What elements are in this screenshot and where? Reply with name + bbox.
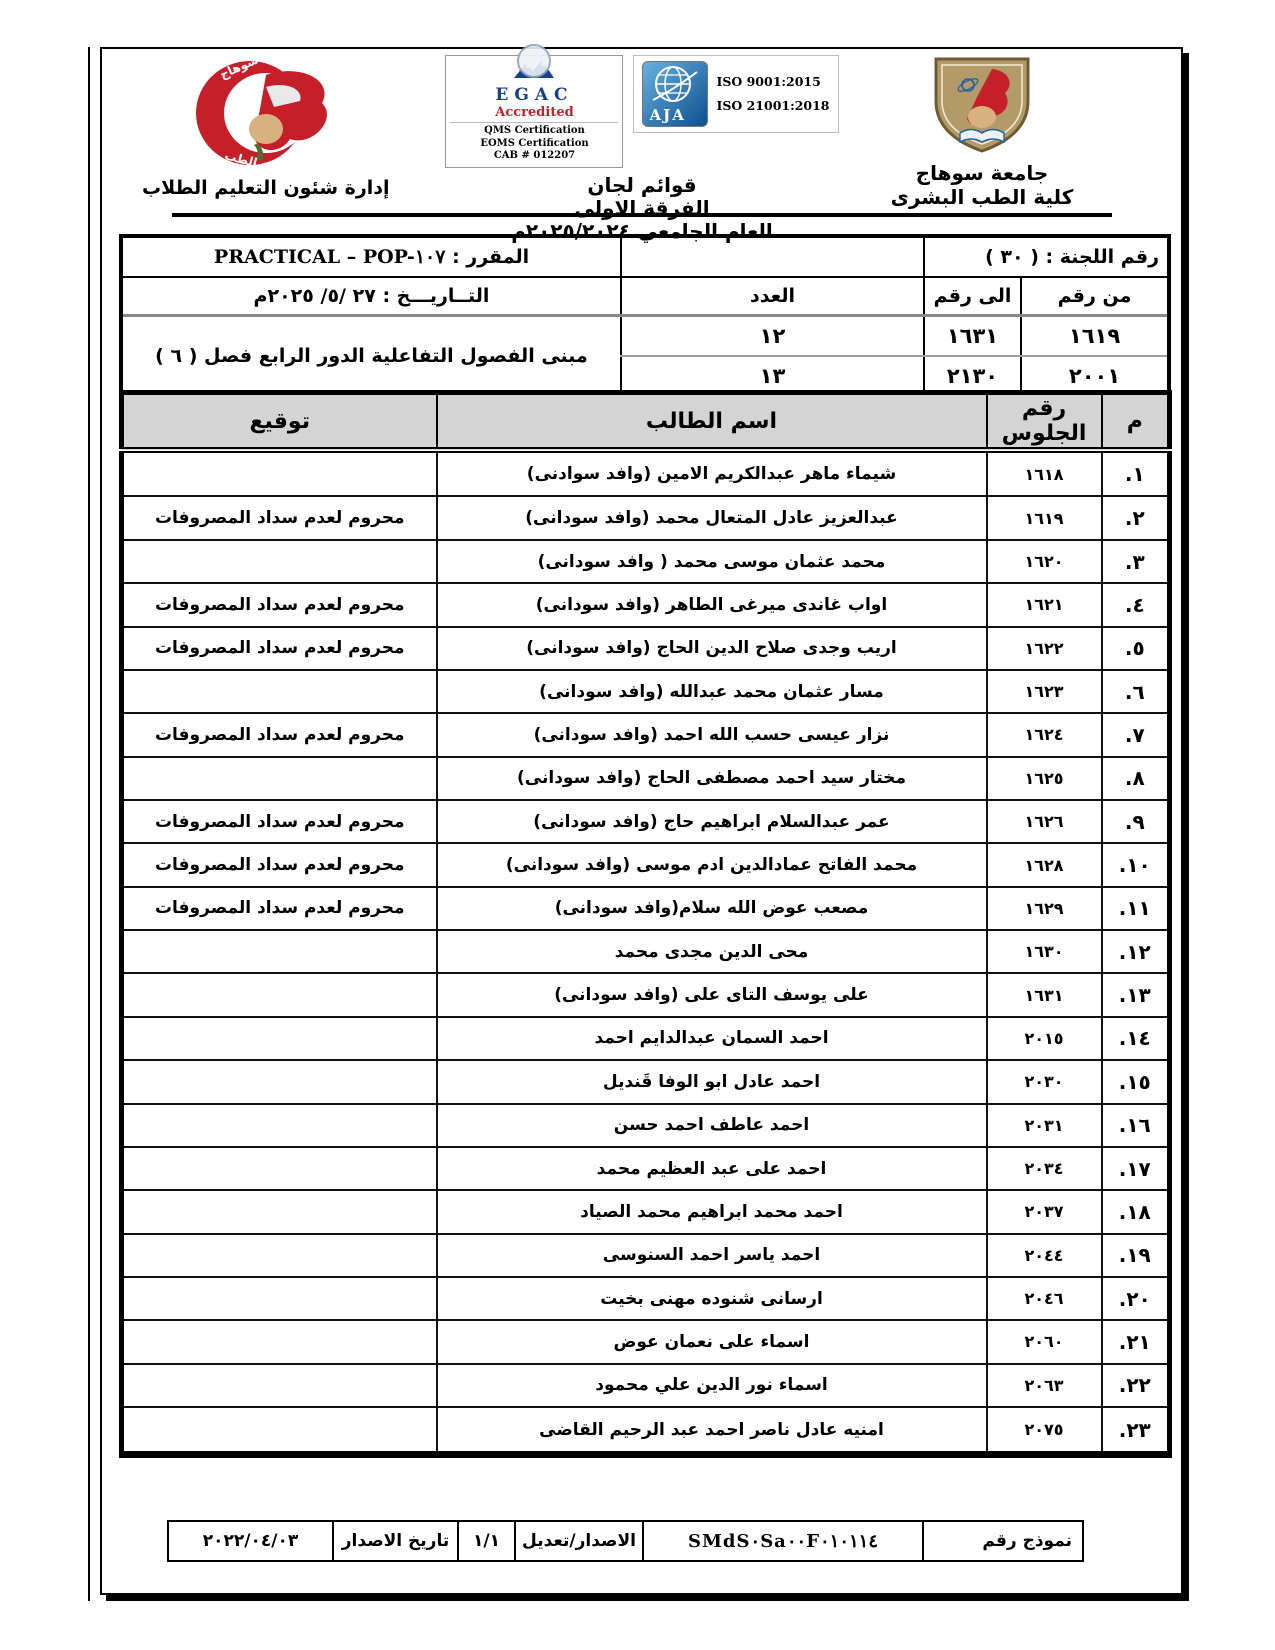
seat-number: ٢٠٣٠ bbox=[987, 1060, 1102, 1103]
signature-note bbox=[122, 1277, 437, 1320]
committee-number: رقم اللجنة : ( ٣٠ ) bbox=[924, 236, 1169, 277]
signature-note bbox=[122, 670, 437, 713]
student-name: احمد محمد ابراهيم محمد الصياد bbox=[437, 1190, 987, 1233]
signature-note bbox=[122, 1407, 437, 1454]
signature-note bbox=[122, 540, 437, 583]
signature-note: محروم لعدم سداد المصروفات bbox=[122, 843, 437, 886]
to-number-header: الى رقم bbox=[924, 277, 1021, 316]
signature-note: محروم لعدم سداد المصروفات bbox=[122, 800, 437, 843]
seat-number: ١٦٢٤ bbox=[987, 713, 1102, 756]
seat-number: ١٦١٨ bbox=[987, 450, 1102, 496]
seat-number: ١٦٢٣ bbox=[987, 670, 1102, 713]
student-name: احمد عاطف احمد حسن bbox=[437, 1104, 987, 1147]
student-name: احمد ياسر احمد السنوسى bbox=[437, 1234, 987, 1277]
student-name: اريب وجدى صلاح الدين الحاج (وافد سودانى) bbox=[437, 627, 987, 670]
student-name: مصعب عوض الله سلام(وافد سودانى) bbox=[437, 887, 987, 930]
date-value: ٢٧ /٥/ ٢٠٢٥م bbox=[254, 285, 376, 307]
signature-note bbox=[122, 1104, 437, 1147]
row-index: ١٧. bbox=[1102, 1147, 1170, 1190]
seat-number: ١٦٢٥ bbox=[987, 757, 1102, 800]
signature-note bbox=[122, 1060, 437, 1103]
count-header: العدد bbox=[621, 277, 924, 316]
table-row: ١٧. ٢٠٣٤ احمد على عبد العظيم محمد bbox=[122, 1147, 1170, 1190]
students-table: م رقم الجلوس اسم الطالب توقيع ١. ١٦١٨ شي… bbox=[119, 390, 1172, 1458]
page-frame: جامعة سوهاج كلية الطب إدارة شئون التعليم… bbox=[100, 47, 1183, 1595]
row-index: ٢٣. bbox=[1102, 1407, 1170, 1454]
seat-number: ٢٠٣٧ bbox=[987, 1190, 1102, 1233]
student-name: شيماء ماهر عبدالكريم الامين (وافد سوادنى… bbox=[437, 450, 987, 496]
row-index: ٢. bbox=[1102, 496, 1170, 539]
iso-21001-label: ISO 21001:2018 bbox=[716, 94, 829, 118]
university-label: جامعة سوهاج bbox=[862, 161, 1102, 185]
table-row: ٢٠. ٢٠٤٦ ارسانى شنوده مهنى بخيت bbox=[122, 1277, 1170, 1320]
row-index: ١٠. bbox=[1102, 843, 1170, 886]
row-index: ٦. bbox=[1102, 670, 1170, 713]
seat-number: ١٦٢٠ bbox=[987, 540, 1102, 583]
exam-location: مبنى الفصول التفاعلية الدور الرابع فصل (… bbox=[121, 316, 621, 398]
form-code: SMdS٠Sa٠٠F٠١٠١١٤ bbox=[688, 1531, 878, 1552]
student-name: اسماء على نعمان عوض bbox=[437, 1320, 987, 1363]
signature-note bbox=[122, 757, 437, 800]
seat-number: ٢٠٦٣ bbox=[987, 1364, 1102, 1407]
signature-note: محروم لعدم سداد المصروفات bbox=[122, 496, 437, 539]
signature-note bbox=[122, 1017, 437, 1060]
aja-acronym: AJA bbox=[649, 106, 685, 124]
document-page: جامعة سوهاج كلية الطب إدارة شئون التعليم… bbox=[0, 0, 1275, 1650]
table-row: ٧. ١٦٢٤ نزار عيسى حسب الله احمد (وافد سو… bbox=[122, 713, 1170, 756]
revision-value: ١/١ bbox=[458, 1521, 515, 1561]
row-index: ١. bbox=[1102, 450, 1170, 496]
seat-number: ٢٠٦٠ bbox=[987, 1320, 1102, 1363]
egac-cert-line3: CAB # 012207 bbox=[450, 150, 618, 163]
seat-number: ١٦٣١ bbox=[987, 973, 1102, 1016]
signature-note: محروم لعدم سداد المصروفات bbox=[122, 627, 437, 670]
row-index: ٢٢. bbox=[1102, 1364, 1170, 1407]
seat-number: ٢٠٣٤ bbox=[987, 1147, 1102, 1190]
table-row: ٩. ١٦٢٦ عمر عبدالسلام ابراهيم حاج (وافد … bbox=[122, 800, 1170, 843]
committee-info-table: رقم اللجنة : ( ٣٠ ) المقرر : PRACTICAL –… bbox=[119, 234, 1171, 399]
row-index: ٢١. bbox=[1102, 1320, 1170, 1363]
table-row: ٢٢. ٢٠٦٣ اسماء نور الدين علي محمود bbox=[122, 1364, 1170, 1407]
table-row: ١٦. ٢٠٣١ احمد عاطف احمد حسن bbox=[122, 1104, 1170, 1147]
col-header-index: م bbox=[1102, 393, 1170, 451]
student-name: اسماء نور الدين علي محمود bbox=[437, 1364, 987, 1407]
row-index: ١٤. bbox=[1102, 1017, 1170, 1060]
row-index: ٣. bbox=[1102, 540, 1170, 583]
signature-note bbox=[122, 1147, 437, 1190]
table-row: ١٥. ٢٠٣٠ احمد عادل ابو الوفا قَنديل bbox=[122, 1060, 1170, 1103]
course-code: PRACTICAL – POP-١٠٧ bbox=[214, 246, 446, 268]
table-row: ١٤. ٢٠١٥ احمد السمان عبدالدايم احمد bbox=[122, 1017, 1170, 1060]
title-committees: قوائم لجان bbox=[392, 174, 892, 197]
committee-empty-cell bbox=[621, 236, 924, 277]
table-row: ٨. ١٦٢٥ مختار سيد احمد مصطفى الحاج (وافد… bbox=[122, 757, 1170, 800]
student-name: عبدالعزيز عادل المتعال محمد (وافد سودانى… bbox=[437, 496, 987, 539]
table-row: ٣. ١٦٢٠ محمد عثمان موسى محمد ( وافد سودا… bbox=[122, 540, 1170, 583]
signature-note bbox=[122, 1320, 437, 1363]
student-name: محى الدين مجدى محمد bbox=[437, 930, 987, 973]
signature-note bbox=[122, 1364, 437, 1407]
aja-globe-icon: AJA bbox=[642, 61, 708, 127]
egac-acronym: EGAC bbox=[450, 85, 618, 105]
signature-note bbox=[122, 450, 437, 496]
col-header-signature: توقيع bbox=[122, 393, 437, 451]
form-info-table: نموذج رقم SMdS٠Sa٠٠F٠١٠١١٤ الاصدار/تعديل… bbox=[167, 1520, 1084, 1562]
egac-logo: EGAC Accredited QMS Certification EOMS C… bbox=[445, 55, 623, 168]
student-name: نزار عيسى حسب الله احمد (وافد سودانى) bbox=[437, 713, 987, 756]
row-index: ١١. bbox=[1102, 887, 1170, 930]
students-table-header-row: م رقم الجلوس اسم الطالب توقيع bbox=[122, 393, 1170, 451]
faculty-of-medicine-logo-icon: جامعة سوهاج كلية الطب bbox=[162, 57, 362, 169]
table-row: ١٠. ١٦٢٨ محمد الفاتح عمادالدين ادم موسى … bbox=[122, 843, 1170, 886]
header-left-block: جامعة سوهاج كلية الطب إدارة شئون التعليم… bbox=[142, 57, 382, 199]
form-number-label: نموذج رقم bbox=[923, 1521, 1083, 1561]
row-index: ٤. bbox=[1102, 583, 1170, 626]
iso-9001-label: ISO 9001:2015 bbox=[716, 70, 829, 94]
date-label: التــاريـــخ : bbox=[382, 285, 489, 307]
table-row: ٥. ١٦٢٢ اريب وجدى صلاح الدين الحاج (وافد… bbox=[122, 627, 1170, 670]
seat-number: ١٦٢٨ bbox=[987, 843, 1102, 886]
row-index: ٩. bbox=[1102, 800, 1170, 843]
seat-number: ١٦٣٠ bbox=[987, 930, 1102, 973]
seat-number: ١٦٢٢ bbox=[987, 627, 1102, 670]
student-name: مختار سيد احمد مصطفى الحاج (وافد سودانى) bbox=[437, 757, 987, 800]
seat-number: ٢٠٧٥ bbox=[987, 1407, 1102, 1454]
from-number-header: من رقم bbox=[1021, 277, 1169, 316]
table-row: ٤. ١٦٢١ اواب غاندى ميرغى الطاهر (وافد سو… bbox=[122, 583, 1170, 626]
signature-note bbox=[122, 1234, 437, 1277]
row-index: ١٣. bbox=[1102, 973, 1170, 1016]
table-row: ١٨. ٢٠٣٧ احمد محمد ابراهيم محمد الصياد bbox=[122, 1190, 1170, 1233]
student-name: احمد السمان عبدالدايم احمد bbox=[437, 1017, 987, 1060]
signature-note bbox=[122, 1190, 437, 1233]
student-name: اواب غاندى ميرغى الطاهر (وافد سودانى) bbox=[437, 583, 987, 626]
row-index: ٨. bbox=[1102, 757, 1170, 800]
course-label: المقرر : bbox=[452, 246, 529, 268]
egac-cert-line2: EOMS Certification bbox=[450, 138, 618, 151]
student-name: محمد عثمان موسى محمد ( وافد سودانى) bbox=[437, 540, 987, 583]
table-row: ٢٣. ٢٠٧٥ امنيه عادل ناصر احمد عبد الرحيم… bbox=[122, 1407, 1170, 1454]
seat-number: ٢٠٤٤ bbox=[987, 1234, 1102, 1277]
students-table-body: ١. ١٦١٨ شيماء ماهر عبدالكريم الامين (واف… bbox=[122, 450, 1170, 1455]
signature-note bbox=[122, 973, 437, 1016]
row-index: ٥. bbox=[1102, 627, 1170, 670]
student-name: امنيه عادل ناصر احمد عبد الرحيم القاضى bbox=[437, 1407, 987, 1454]
form-code-cell: SMdS٠Sa٠٠F٠١٠١١٤ bbox=[643, 1521, 923, 1561]
seat-number: ١٦١٩ bbox=[987, 496, 1102, 539]
row-index: ١٦. bbox=[1102, 1104, 1170, 1147]
egac-seal-icon bbox=[517, 44, 551, 78]
exam-date-cell: التــاريـــخ : ٢٧ /٥/ ٢٠٢٥م bbox=[121, 277, 621, 316]
student-name: محمد الفاتح عمادالدين ادم موسى (وافد سود… bbox=[437, 843, 987, 886]
signature-note: محروم لعدم سداد المصروفات bbox=[122, 887, 437, 930]
col-header-student-name: اسم الطالب bbox=[437, 393, 987, 451]
table-row: ٦. ١٦٢٣ مسار عثمان محمد عبدالله (وافد سو… bbox=[122, 670, 1170, 713]
table-row: ١. ١٦١٨ شيماء ماهر عبدالكريم الامين (واف… bbox=[122, 450, 1170, 496]
egac-accredited-label: Accredited bbox=[450, 105, 618, 120]
aja-logo: AJA ISO 9001:2015 ISO 21001:2018 bbox=[633, 55, 838, 133]
row-index: ٧. bbox=[1102, 713, 1170, 756]
header-divider bbox=[172, 213, 1112, 217]
table-row: ١٣. ١٦٣١ على يوسف التاى على (وافد سودانى… bbox=[122, 973, 1170, 1016]
egac-cert-line1: QMS Certification bbox=[450, 125, 618, 138]
faculty-label: كلية الطب البشرى bbox=[862, 185, 1102, 209]
seat-number: ٢٠٤٦ bbox=[987, 1277, 1102, 1320]
signature-note: محروم لعدم سداد المصروفات bbox=[122, 713, 437, 756]
signature-note bbox=[122, 930, 437, 973]
range1-to: ١٦٣١ bbox=[924, 316, 1021, 357]
header-right-block: جامعة سوهاج كلية الطب البشرى bbox=[862, 55, 1102, 209]
accreditation-logos: EGAC Accredited QMS Certification EOMS C… bbox=[392, 55, 892, 168]
seat-number: ٢٠١٥ bbox=[987, 1017, 1102, 1060]
row-index: ١٥. bbox=[1102, 1060, 1170, 1103]
row-index: ١٩. bbox=[1102, 1234, 1170, 1277]
student-name: على يوسف التاى على (وافد سودانى) bbox=[437, 973, 987, 1016]
row-index: ١٨. bbox=[1102, 1190, 1170, 1233]
issue-date-value: ٢٠٢٢/٠٤/٠٣ bbox=[168, 1521, 333, 1561]
table-row: ١٢. ١٦٣٠ محى الدين مجدى محمد bbox=[122, 930, 1170, 973]
seat-number: ١٦٢١ bbox=[987, 583, 1102, 626]
student-name: عمر عبدالسلام ابراهيم حاج (وافد سودانى) bbox=[437, 800, 987, 843]
department-label: إدارة شئون التعليم الطلاب bbox=[142, 177, 382, 199]
university-shield-logo-icon bbox=[930, 55, 1034, 155]
issue-date-label: تاريخ الاصدار bbox=[333, 1521, 458, 1561]
table-row: ٢١. ٢٠٦٠ اسماء على نعمان عوض bbox=[122, 1320, 1170, 1363]
row-index: ٢٠. bbox=[1102, 1277, 1170, 1320]
seat-number: ١٦٢٩ bbox=[987, 887, 1102, 930]
seat-number: ١٦٢٦ bbox=[987, 800, 1102, 843]
col-header-seat-number: رقم الجلوس bbox=[987, 393, 1102, 451]
seat-number: ٢٠٣١ bbox=[987, 1104, 1102, 1147]
course-cell: المقرر : PRACTICAL – POP-١٠٧ bbox=[121, 236, 621, 277]
student-name: ارسانى شنوده مهنى بخيت bbox=[437, 1277, 987, 1320]
student-name: احمد على عبد العظيم محمد bbox=[437, 1147, 987, 1190]
signature-note: محروم لعدم سداد المصروفات bbox=[122, 583, 437, 626]
row-index: ١٢. bbox=[1102, 930, 1170, 973]
table-row: ١٩. ٢٠٤٤ احمد ياسر احمد السنوسى bbox=[122, 1234, 1170, 1277]
student-name: مسار عثمان محمد عبدالله (وافد سودانى) bbox=[437, 670, 987, 713]
document-titles: قوائم لجان الفرقة الاولى العام الجامعي ٢… bbox=[392, 174, 892, 243]
range1-count: ١٢ bbox=[621, 316, 924, 357]
revision-label: الاصدار/تعديل bbox=[515, 1521, 643, 1561]
range1-from: ١٦١٩ bbox=[1021, 316, 1169, 357]
table-row: ١١. ١٦٢٩ مصعب عوض الله سلام(وافد سودانى)… bbox=[122, 887, 1170, 930]
student-name: احمد عادل ابو الوفا قَنديل bbox=[437, 1060, 987, 1103]
table-row: ٢. ١٦١٩ عبدالعزيز عادل المتعال محمد (واف… bbox=[122, 496, 1170, 539]
